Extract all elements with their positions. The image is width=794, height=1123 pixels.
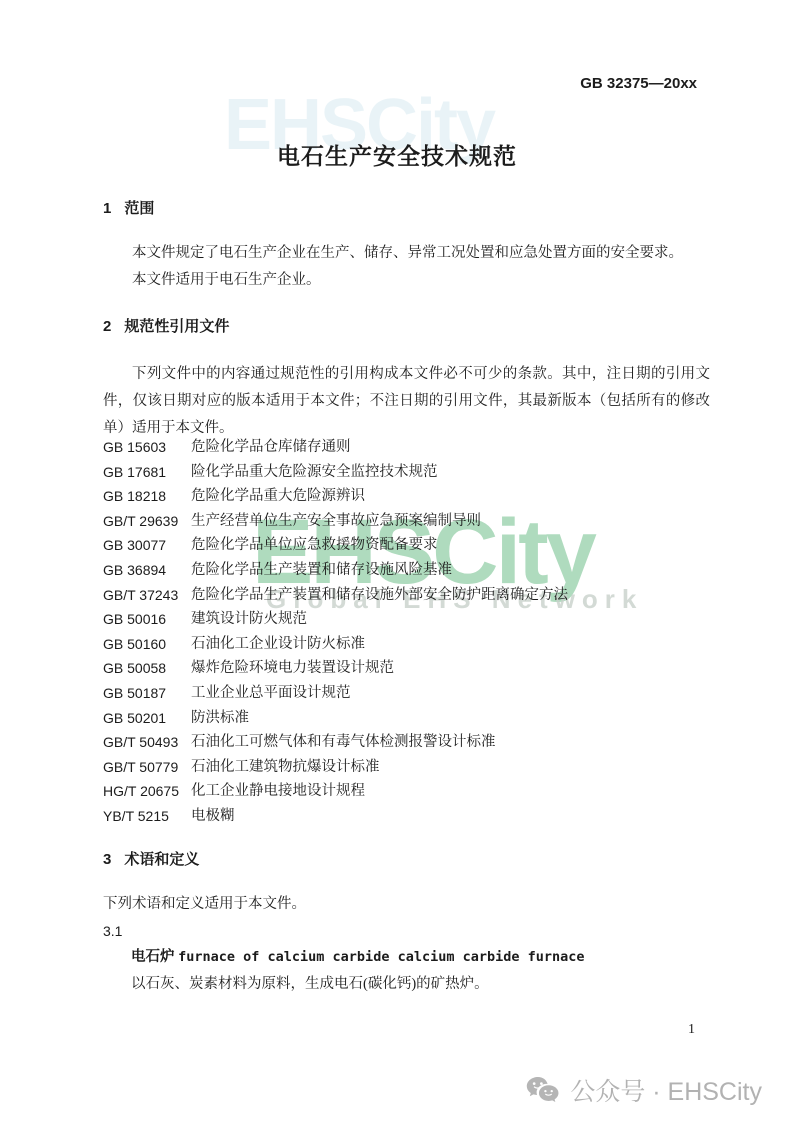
document-title: 电石生产安全技术规范 <box>0 138 794 171</box>
wechat-icon <box>525 1075 561 1106</box>
reference-row: GB 15603 危险化学品仓库储存通则 <box>103 435 724 460</box>
section-2-heading: 2规范性引用文件 <box>103 315 710 336</box>
reference-title: 危险化学品仓库储存通则 <box>191 435 351 460</box>
reference-row: GB 50058 爆炸危险环境电力装置设计规范 <box>103 656 724 681</box>
section-1-body: 本文件规定了电石生产企业在生产、储存、异常工况处置和应急处置方面的安全要求。 本… <box>103 240 710 294</box>
document-content: GB 32375—20xx 电石生产安全技术规范 1范围 本文件规定了电石生产企… <box>0 0 794 1123</box>
standard-number: GB 32375—20xx <box>580 75 697 92</box>
reference-title: 石油化工建筑物抗爆设计标准 <box>191 755 380 780</box>
section-3-number: 3 <box>103 851 111 868</box>
section-3-heading: 3术语和定义 <box>103 848 710 869</box>
page-number: 1 <box>688 1022 695 1038</box>
reference-code: GB 50058 <box>103 656 191 681</box>
reference-title: 工业企业总平面设计规范 <box>191 681 351 706</box>
reference-title: 建筑设计防火规范 <box>191 607 307 632</box>
reference-row: HG/T 20675 化工企业静电接地设计规程 <box>103 779 724 804</box>
reference-code: GB/T 50779 <box>103 755 191 780</box>
reference-list: GB 15603 危险化学品仓库储存通则 GB 17681 险化学品重大危险源安… <box>103 435 724 829</box>
reference-row: GB 17681 险化学品重大危险源安全监控技术规范 <box>103 460 724 485</box>
reference-code: GB 30077 <box>103 533 191 558</box>
reference-code: GB 17681 <box>103 460 191 485</box>
reference-row: GB 50016 建筑设计防火规范 <box>103 607 724 632</box>
reference-row: GB/T 29639 生产经营单位生产安全事故应急预案编制导则 <box>103 509 724 534</box>
reference-code: GB 15603 <box>103 435 191 460</box>
section-2-title: 规范性引用文件 <box>124 318 229 335</box>
reference-row: GB/T 50493 石油化工可燃气体和有毒气体检测报警设计标准 <box>103 730 724 755</box>
reference-code: GB 50160 <box>103 632 191 657</box>
document-page: EHSCity EHSCity Global EHS Network GB 32… <box>0 0 794 1123</box>
section-3-title: 术语和定义 <box>124 851 199 868</box>
reference-code: GB 18218 <box>103 484 191 509</box>
reference-title: 危险化学品生产装置和储存设施风险基准 <box>191 558 452 583</box>
reference-row: GB 18218 危险化学品重大危险源辨识 <box>103 484 724 509</box>
reference-title: 化工企业静电接地设计规程 <box>191 779 365 804</box>
term-number: 3.1 <box>103 918 710 945</box>
terms-intro-paragraph: 下列术语和定义适用于本文件。 <box>103 891 710 918</box>
reference-code: HG/T 20675 <box>103 779 191 804</box>
footer-brand-label: 公众号 · EHSCity <box>570 1072 762 1108</box>
reference-title: 危险化学品单位应急救援物资配备要求 <box>191 533 438 558</box>
term-name-cn: 电石炉 <box>131 949 175 965</box>
footer-brand: 公众号 · EHSCity <box>525 1072 762 1108</box>
term-definition: 以石灰、炭素材料为原料，生成电石(碳化钙)的矿热炉。 <box>103 971 710 998</box>
reference-title: 生产经营单位生产安全事故应急预案编制导则 <box>191 509 481 534</box>
section-2-number: 2 <box>103 318 111 335</box>
reference-row: GB/T 37243 危险化学品生产装置和储存设施外部安全防护距离确定方法 <box>103 583 724 608</box>
reference-title: 石油化工可燃气体和有毒气体检测报警设计标准 <box>191 730 496 755</box>
scope-paragraph-2: 本文件适用于电石生产企业。 <box>103 267 710 294</box>
section-1-number: 1 <box>103 200 111 217</box>
reference-row: GB/T 50779 石油化工建筑物抗爆设计标准 <box>103 755 724 780</box>
reference-code: GB 36894 <box>103 558 191 583</box>
term-name-en: furnace of calcium carbide calcium carbi… <box>178 949 584 965</box>
reference-code: GB 50187 <box>103 681 191 706</box>
reference-code: GB 50016 <box>103 607 191 632</box>
term-line: 电石炉 furnace of calcium carbide calcium c… <box>103 944 710 971</box>
section-1-title: 范围 <box>124 200 154 217</box>
reference-row: GB 30077 危险化学品单位应急救援物资配备要求 <box>103 533 724 558</box>
reference-row: GB 50187 工业企业总平面设计规范 <box>103 681 724 706</box>
reference-code: GB/T 29639 <box>103 509 191 534</box>
reference-title: 防洪标准 <box>191 706 249 731</box>
reference-title: 电极糊 <box>191 804 235 829</box>
reference-code: GB/T 37243 <box>103 583 191 608</box>
reference-code: YB/T 5215 <box>103 804 191 829</box>
reference-title: 危险化学品生产装置和储存设施外部安全防护距离确定方法 <box>191 583 568 608</box>
reference-code: GB 50201 <box>103 706 191 731</box>
section-1-heading: 1范围 <box>103 197 710 218</box>
reference-title: 爆炸危险环境电力装置设计规范 <box>191 656 394 681</box>
references-intro-paragraph: 下列文件中的内容通过规范性的引用构成本文件必不可少的条款。其中，注日期的引用文件… <box>103 361 710 442</box>
reference-title: 石油化工企业设计防火标准 <box>191 632 365 657</box>
scope-paragraph-1: 本文件规定了电石生产企业在生产、储存、异常工况处置和应急处置方面的安全要求。 <box>103 240 710 267</box>
reference-row: GB 50160 石油化工企业设计防火标准 <box>103 632 724 657</box>
reference-code: GB/T 50493 <box>103 730 191 755</box>
reference-row: GB 36894 危险化学品生产装置和储存设施风险基准 <box>103 558 724 583</box>
reference-row: GB 50201 防洪标准 <box>103 706 724 731</box>
reference-title: 险化学品重大危险源安全监控技术规范 <box>191 460 438 485</box>
reference-title: 危险化学品重大危险源辨识 <box>191 484 365 509</box>
reference-row: YB/T 5215 电极糊 <box>103 804 724 829</box>
